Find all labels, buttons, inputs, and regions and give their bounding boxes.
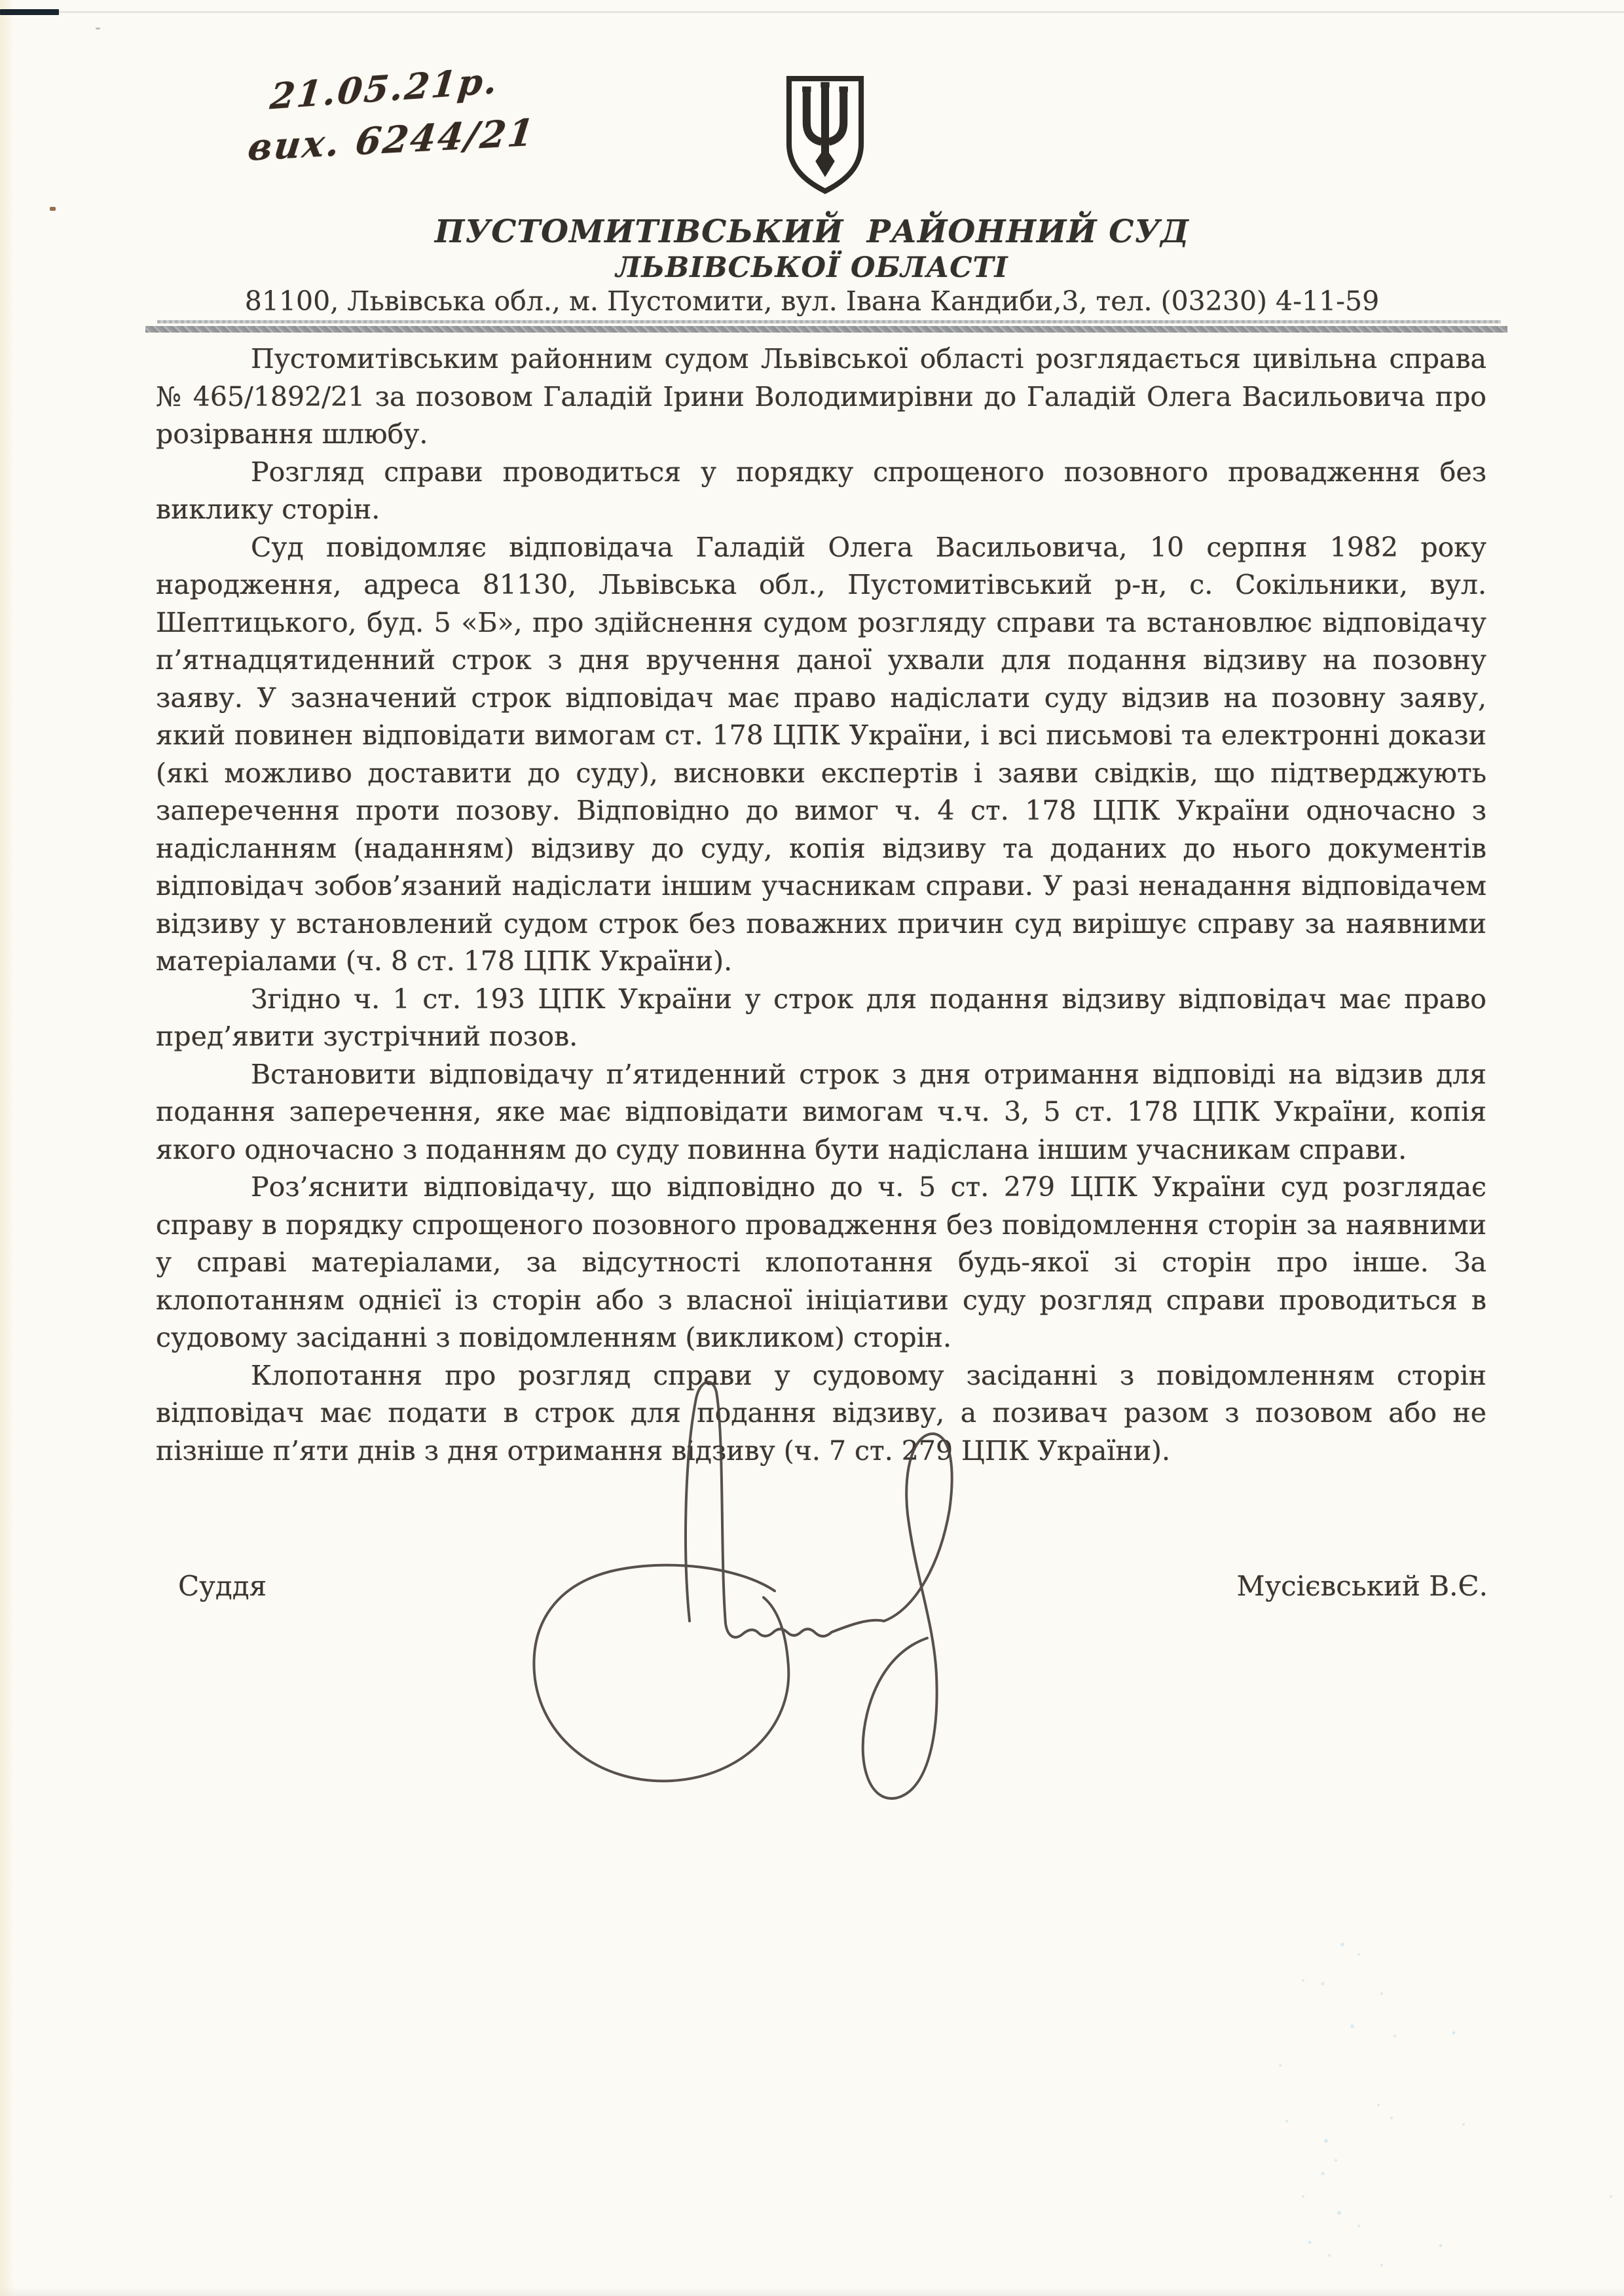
- document-body: Пустомитівським районним судом Львівсько…: [156, 340, 1486, 1470]
- handwritten-date: 21.05.21р.: [268, 50, 638, 118]
- court-name-line1: ПУСТОМИТІВСЬКИЙ РАЙОННИЙ СУД: [0, 213, 1624, 250]
- scan-speck: [50, 207, 56, 211]
- body-paragraph: Суд повідомляє відповідача Галадій Олега…: [156, 529, 1486, 981]
- header-rule-top: [157, 320, 1501, 323]
- judge-name: Мусієвський В.Є.: [1236, 1570, 1488, 1602]
- body-paragraph: Розгляд справи проводиться у порядку спр…: [156, 454, 1486, 529]
- header-rule-bottom: [145, 326, 1507, 333]
- scanned-court-document-page: 21.05.21р. вих. 6244/21 ПУСТОМИТІВСЬКИЙ …: [0, 0, 1624, 2296]
- handwritten-outgoing-number: вих. 6244/21: [246, 106, 633, 170]
- judge-role-label: Суддя: [178, 1570, 267, 1602]
- scan-edge-artifact-bar: [0, 9, 59, 15]
- scan-edge-artifact-line: [59, 11, 1624, 13]
- body-paragraph: Пустомитівським районним судом Львівсько…: [156, 340, 1486, 454]
- body-paragraph: Згідно ч. 1 ст. 193 ЦПК України у строк …: [156, 981, 1486, 1056]
- court-name-line2: ЛЬВІВСЬКОЇ ОБЛАСТІ: [0, 251, 1624, 284]
- court-address-line: 81100, Львівська обл., м. Пустомити, вул…: [0, 285, 1624, 317]
- body-paragraph: Роз’яснити відповідачу, що відповідно до…: [156, 1169, 1486, 1357]
- scan-noise-speckles: [1244, 1899, 1624, 2291]
- handwritten-registration-note: 21.05.21р. вих. 6244/21: [263, 50, 638, 172]
- scan-speck: [96, 27, 100, 29]
- ukraine-trident-emblem-icon: [781, 73, 870, 196]
- body-paragraph: Встановити відповідачу п’ятиденний строк…: [156, 1056, 1486, 1169]
- judge-signature: [496, 1360, 1033, 1819]
